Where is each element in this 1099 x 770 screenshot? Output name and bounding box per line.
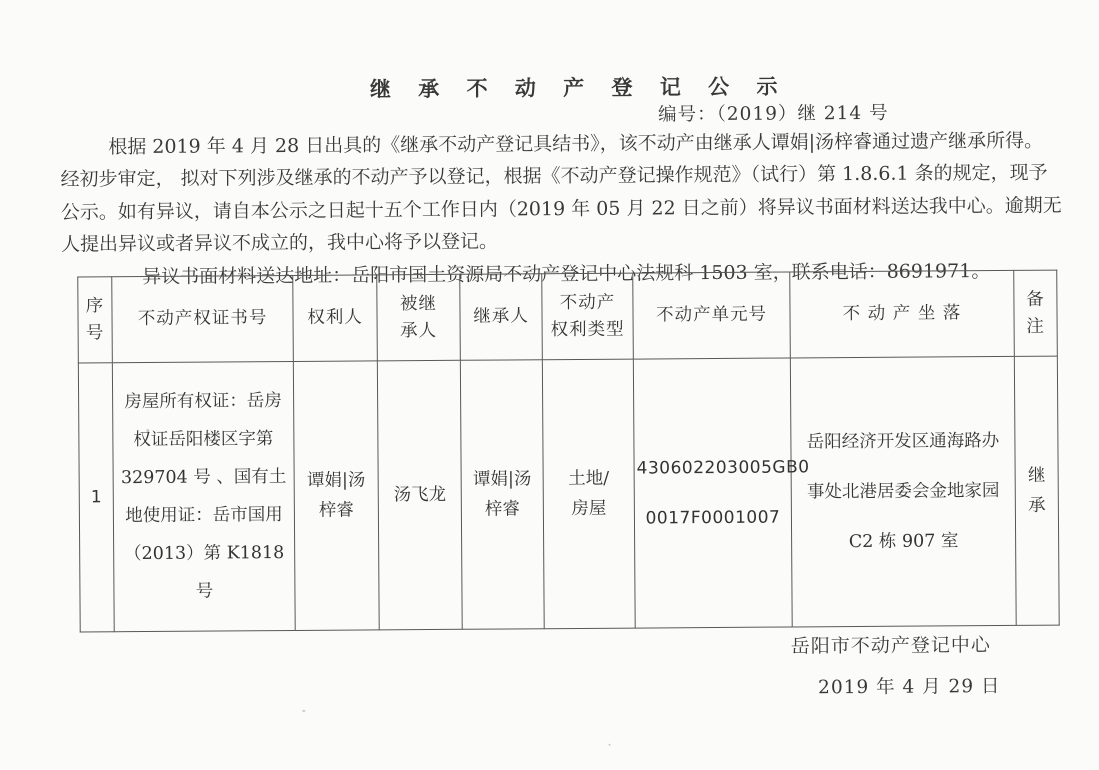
table-header-row: 序 号 不动产权证书号 权利人 被继 承人 继承人 不动产 权利类型 不动产单元… bbox=[78, 270, 1058, 363]
cell-heir: 谭娟|汤 梓睿 bbox=[460, 360, 544, 630]
cell-right-holder: 谭娟|汤 梓睿 bbox=[293, 361, 379, 631]
notice-table: 序 号 不动产权证书号 权利人 被继 承人 继承人 不动产 权利类型 不动产单元… bbox=[77, 270, 1059, 633]
page-title: 继 承 不 动 产 登 记 公 示 bbox=[370, 70, 788, 103]
cell-cert-number: 房屋所有权证：岳房 权证岳阳楼区字第 329704 号 、国有土 地使用证：岳市… bbox=[112, 361, 295, 631]
scan-speck bbox=[609, 744, 611, 746]
table-row: 1 房屋所有权证：岳房 权证岳阳楼区字第 329704 号 、国有土 地使用证：… bbox=[78, 356, 1059, 632]
scan-tilt-layer: 继 承 不 动 产 登 记 公 示 编号：（2019）继 214 号 根据 20… bbox=[0, 0, 1099, 770]
cell-decedent: 汤飞龙 bbox=[377, 360, 462, 630]
cell-unit-number: 430602203005GB0 0017F0001007 bbox=[633, 358, 792, 628]
col-header-heir: 继承人 bbox=[460, 274, 543, 361]
notice-paragraph: 根据 2019 年 4 月 28 日出具的《继承不动产登记具结书》，该不动产由继… bbox=[60, 125, 1062, 294]
col-header-remark: 备 注 bbox=[1014, 270, 1058, 356]
scanned-notice-page: 继 承 不 动 产 登 记 公 示 编号：（2019）继 214 号 根据 20… bbox=[0, 0, 1099, 770]
scan-speck bbox=[302, 710, 305, 712]
col-header-cert-number: 不动产权证书号 bbox=[112, 275, 294, 362]
footer-organization: 岳阳市不动产登记中心 bbox=[791, 630, 991, 658]
cell-seq: 1 bbox=[78, 363, 114, 632]
footer-date: 2019 年 4 月 29 日 bbox=[818, 672, 1000, 699]
col-header-right-holder: 权利人 bbox=[293, 275, 378, 362]
col-header-location: 不 动 产 坐 落 bbox=[790, 270, 1015, 358]
notice-table-wrap: 序 号 不动产权证书号 权利人 被继 承人 继承人 不动产 权利类型 不动产单元… bbox=[77, 270, 1059, 633]
cell-right-type: 土地/ 房屋 bbox=[542, 359, 635, 629]
scan-speck bbox=[146, 429, 149, 432]
col-header-unit-number: 不动产单元号 bbox=[633, 272, 791, 359]
col-header-seq: 序 号 bbox=[78, 277, 113, 363]
col-header-right-type: 不动产 权利类型 bbox=[542, 273, 634, 360]
cell-remark: 继 承 bbox=[1014, 356, 1059, 625]
doc-number: 编号：（2019）继 214 号 bbox=[658, 99, 889, 127]
cell-location: 岳阳经济开发区通海路办 事处北港居委会金地家园 C2 栋 907 室 bbox=[790, 356, 1016, 627]
col-header-decedent: 被继 承人 bbox=[377, 274, 461, 361]
